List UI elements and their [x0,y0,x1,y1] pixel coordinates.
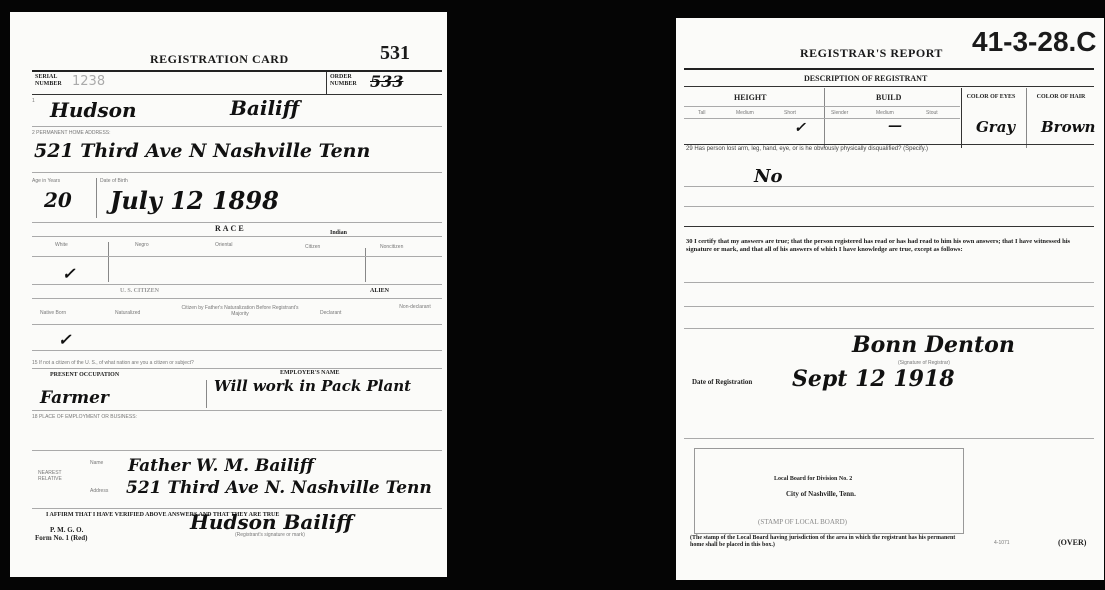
occupation-value: Farmer [40,388,109,408]
stamp-note: (The stamp of the Local Board having jur… [690,535,970,549]
date-of-registration: Sept 12 1918 [792,366,955,392]
card-title: REGISTRATION CARD [150,52,289,67]
date-of-registration-label: Date of Registration [692,378,752,386]
us-citizen-title: U. S. CITIZEN [120,288,159,294]
employer-label: EMPLOYER'S NAME [280,370,340,376]
first-name: Hudson [50,98,137,122]
dob-value: July 12 1898 [110,186,279,215]
nearest-relative-label: NEAREST RELATIVE [38,470,68,482]
build-medium-mark: — [888,118,902,134]
age-value: 20 [44,188,72,212]
registration-card-front: REGISTRATION CARD 531 SERIAL NUMBER 1238… [10,12,447,577]
registrar-signature: Bonn Denton [852,332,1015,358]
occupation-label: PRESENT OCCUPATION [50,372,119,378]
order-label: ORDER NUMBER [330,74,360,88]
eye-color: Gray [976,118,1015,136]
race-white-check: ✓ [62,264,75,283]
stamp-number: 41-3-28.C [972,26,1097,58]
alien-title: ALIEN [370,288,389,294]
over-label: (OVER) [1058,538,1086,547]
serial-label: SERIAL NUMBER [35,74,65,88]
height-short-check: ✓ [794,120,806,136]
certification-text: 30 I certify that my answers are true; t… [686,238,1096,254]
serial-value: 1238 [72,74,105,89]
last-name: Bailiff [230,96,299,120]
native-born-check: ✓ [58,330,71,349]
order-value: 533 [370,72,403,91]
hair-color: Brown [1041,118,1095,136]
home-address: 521 Third Ave N Nashville Tenn [34,140,370,162]
nationality-question: 15 If not a citizen of the U. S., of wha… [32,360,194,366]
registrars-report-back: REGISTRAR'S REPORT 41-3-28.C DESCRIPTION… [676,18,1104,580]
relative-name: Father W. M. Bailiff [128,456,314,476]
form-code: 4-1071 [994,540,1010,546]
form-id: P. M. G. O. [50,526,83,534]
employer-value: Will work in Pack Plant [214,378,442,394]
place-of-employment-label: 18 PLACE OF EMPLOYMENT OR BUSINESS: [32,414,137,420]
dob-label: Date of Birth [100,178,128,184]
relative-address: 521 Third Ave N. Nashville Tenn [126,478,432,498]
race-title: RACE [215,224,246,233]
age-label: Age in Years [32,178,60,184]
question-29: 29 Has person lost arm, leg, hand, eye, … [686,146,1096,152]
registrant-signature: Hudson Bailiff [190,510,353,534]
report-title: REGISTRAR'S REPORT [800,46,943,61]
disqualification-answer: No [754,166,782,187]
card-number: 531 [380,42,410,65]
description-title: DESCRIPTION OF REGISTRANT [804,74,927,83]
address-label: 2 PERMANENT HOME ADDRESS: [32,130,111,136]
